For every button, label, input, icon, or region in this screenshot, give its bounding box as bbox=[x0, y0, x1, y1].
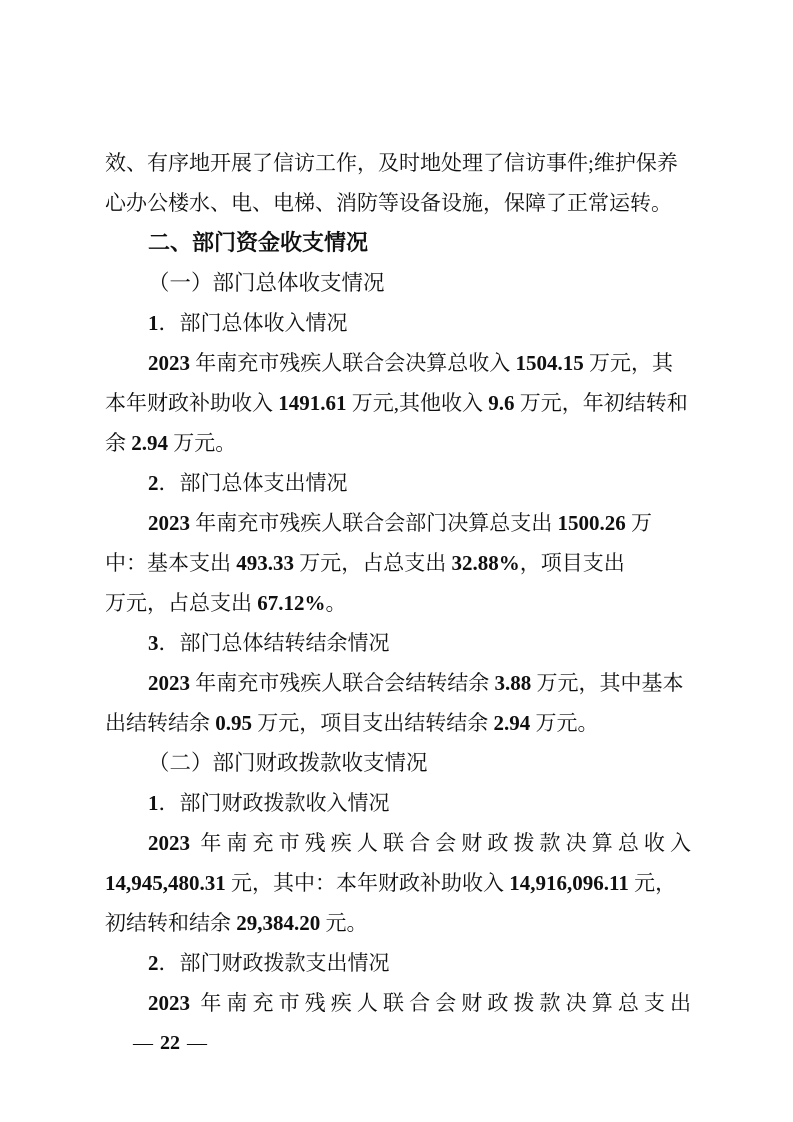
paragraph-line: 本年财政补助收入 1491.61 万元,其他收入 9.6 万元，年初结转和结 bbox=[105, 383, 691, 423]
text-segment: 元，其中：本年财政补助收入 bbox=[226, 871, 510, 895]
text-segment: （一）部门总体收支情况 bbox=[148, 271, 385, 295]
text-segment: 二、部门资金收支情况 bbox=[148, 230, 368, 255]
paragraph-line: 中：基本支出 493.33 万元，占总支出 32.88%，项目支出 1006.9… bbox=[105, 543, 691, 583]
text-segment: 年南充市残疾人联合会财政拨款决算总支出 bbox=[190, 991, 691, 1015]
text-segment: 1 bbox=[148, 791, 159, 815]
section-heading: 二、部门资金收支情况 bbox=[105, 223, 691, 263]
text-segment: 余 bbox=[105, 431, 131, 455]
paragraph-line: 初结转和结余 29,384.20 元。 bbox=[105, 903, 691, 943]
paragraph-line: 2023 年南充市残疾人联合会财政拨款决算总收入 bbox=[105, 823, 691, 863]
numbered-item-heading: 2．部门财政拨款支出情况 bbox=[105, 943, 691, 983]
text-segment: 3 bbox=[148, 631, 159, 655]
text-segment: 效、有序地开展了信访工作，及时地处理了信访事件;维护保养中 bbox=[105, 151, 678, 183]
text-segment: 出结转结余 bbox=[105, 711, 215, 735]
text-segment: 年南充市残疾人联合会财政拨款决算总收入 bbox=[190, 831, 691, 855]
text-segment: 2023 bbox=[148, 351, 190, 375]
subsection-heading: （一）部门总体收支情况 bbox=[105, 263, 691, 303]
text-segment: 2 bbox=[148, 951, 159, 975]
text-segment: 1 bbox=[148, 311, 159, 335]
footer-dash-left: — bbox=[133, 1032, 153, 1054]
paragraph-line: 2023 年南充市残疾人联合会决算总收入 1504.15 万元，其中： bbox=[105, 343, 691, 383]
text-segment: 67.12% bbox=[257, 591, 325, 615]
paragraph-line: 2023 年南充市残疾人联合会财政拨款决算总支出 bbox=[105, 983, 691, 1023]
text-segment: 年南充市残疾人联合会部门决算总支出 bbox=[190, 511, 558, 535]
paragraph-line: 14,945,480.31 元，其中：本年财政补助收入 14,916,096.1… bbox=[105, 863, 691, 903]
text-segment: 9.6 bbox=[488, 391, 514, 415]
text-segment: 1504.15 bbox=[516, 351, 584, 375]
page-number: 22 bbox=[160, 1032, 180, 1054]
text-segment: ，项目支出 bbox=[520, 551, 625, 575]
text-segment: 年南充市残疾人联合会决算总收入 bbox=[190, 351, 516, 375]
text-segment: 1491.61 bbox=[278, 391, 346, 415]
footer-dash-right: — bbox=[187, 1032, 207, 1054]
text-segment: 2.94 bbox=[494, 711, 531, 735]
text-segment: 心办公楼水、电、电梯、消防等设备设施，保障了正常运转。 bbox=[105, 191, 672, 215]
text-segment: 万元，占总支出 bbox=[294, 551, 452, 575]
text-segment: 中：基本支出 bbox=[105, 551, 236, 575]
numbered-item-heading: 3．部门总体结转结余情况 bbox=[105, 623, 691, 663]
page-body: 效、有序地开展了信访工作，及时地处理了信访事件;维护保养中心办公楼水、电、电梯、… bbox=[105, 143, 691, 1023]
text-segment: 万元，项目支出结转结余 bbox=[252, 711, 494, 735]
subsection-heading: （二）部门财政拨款收支情况 bbox=[105, 743, 691, 783]
text-segment: 14,945,480.31 bbox=[105, 871, 226, 895]
text-segment: 万元。 bbox=[530, 711, 598, 735]
paragraph-line: 2023 年南充市残疾人联合会结转结余 3.88 万元，其中基本支 bbox=[105, 663, 691, 703]
text-segment: ．部门财政拨款收入情况 bbox=[159, 791, 390, 815]
numbered-item-heading: 1．部门财政拨款收入情况 bbox=[105, 783, 691, 823]
text-segment: 14,916,096.11 bbox=[509, 871, 629, 895]
text-segment: 1500.26 bbox=[558, 511, 626, 535]
text-segment: 初结转和结余 bbox=[105, 911, 236, 935]
text-segment: 2023 bbox=[148, 671, 190, 695]
text-segment: 元。 bbox=[320, 911, 367, 935]
text-segment: 2 bbox=[148, 471, 159, 495]
text-segment: 29,384.20 bbox=[236, 911, 320, 935]
text-segment: 年南充市残疾人联合会结转结余 bbox=[190, 671, 495, 695]
paragraph-line: 万元，占总支出 67.12%。 bbox=[105, 583, 691, 623]
page-footer: —22— bbox=[133, 1028, 207, 1058]
text-segment: 2023 bbox=[148, 991, 190, 1015]
text-segment: 本年财政补助收入 bbox=[105, 391, 278, 415]
text-segment: 32.88% bbox=[452, 551, 520, 575]
paragraph-line: 2023 年南充市残疾人联合会部门决算总支出 1500.26 万元，其 bbox=[105, 503, 691, 543]
text-segment: 万元。 bbox=[168, 431, 236, 455]
text-segment: ．部门总体收入情况 bbox=[159, 311, 348, 335]
text-segment: 493.33 bbox=[236, 551, 294, 575]
text-segment: 万元，占总支出 bbox=[105, 591, 257, 615]
text-segment: 0.95 bbox=[215, 711, 252, 735]
text-segment: 万元,其他收入 bbox=[347, 391, 489, 415]
text-segment: ．部门总体结转结余情况 bbox=[159, 631, 390, 655]
text-segment: 3.88 bbox=[495, 671, 532, 695]
paragraph-line: 余 2.94 万元。 bbox=[105, 423, 691, 463]
text-segment: ．部门财政拨款支出情况 bbox=[159, 951, 390, 975]
text-segment: 2023 bbox=[148, 831, 190, 855]
text-segment: （二）部门财政拨款收支情况 bbox=[148, 751, 428, 775]
numbered-item-heading: 1．部门总体收入情况 bbox=[105, 303, 691, 343]
paragraph-line: 效、有序地开展了信访工作，及时地处理了信访事件;维护保养中 bbox=[105, 143, 691, 183]
paragraph-line: 心办公楼水、电、电梯、消防等设备设施，保障了正常运转。 bbox=[105, 183, 691, 223]
paragraph-line: 出结转结余 0.95 万元，项目支出结转结余 2.94 万元。 bbox=[105, 703, 691, 743]
text-segment: 。 bbox=[326, 591, 347, 615]
text-segment: ．部门总体支出情况 bbox=[159, 471, 348, 495]
text-segment: 2023 bbox=[148, 511, 190, 535]
text-segment: 2.94 bbox=[131, 431, 168, 455]
document-page: 效、有序地开展了信访工作，及时地处理了信访事件;维护保养中心办公楼水、电、电梯、… bbox=[0, 0, 793, 1122]
numbered-item-heading: 2．部门总体支出情况 bbox=[105, 463, 691, 503]
